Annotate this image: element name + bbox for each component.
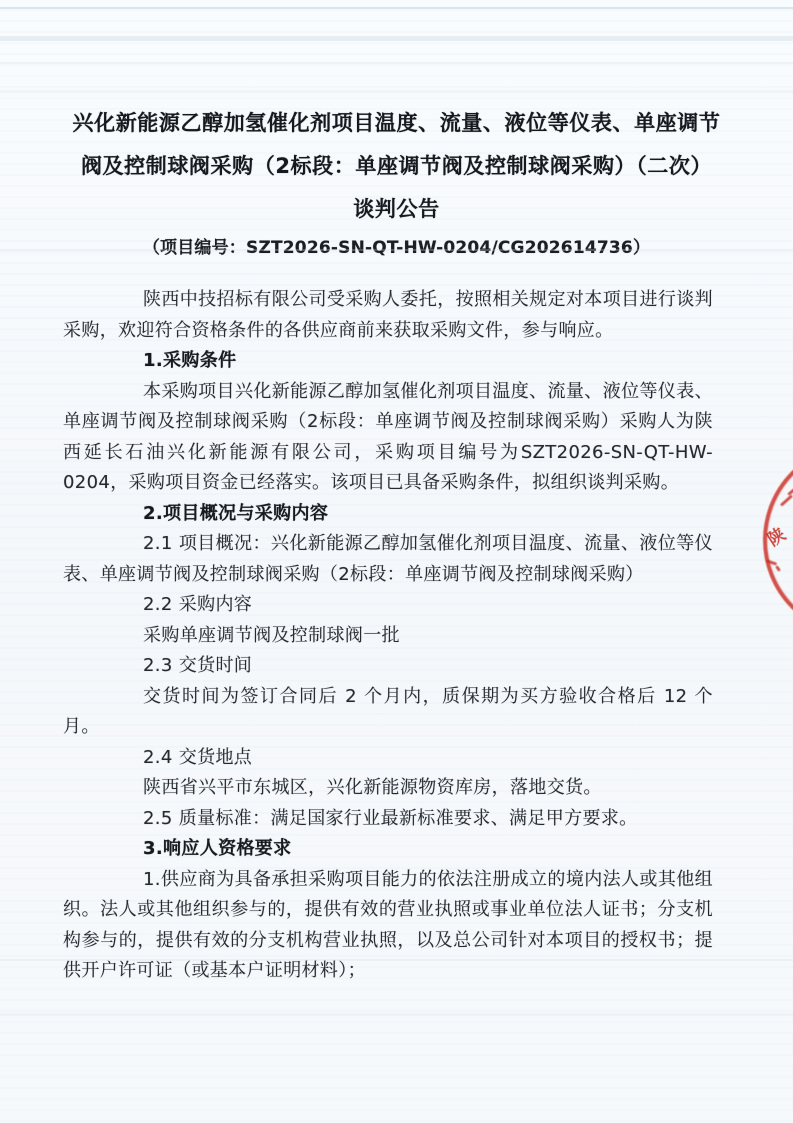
scan-streak [0,1013,793,1016]
section-heading: 3.响应人资格要求 [63,834,713,865]
seal-text-fragment [766,559,777,565]
paragraph: 2.2 采购内容 [63,590,713,621]
official-red-seal: 陕 [763,443,793,637]
paragraph: 2.3 交货时间 [63,651,713,682]
paragraph: 交货时间为签订合同后 2 个月内，质保期为买方验收合格后 12 个月。 [63,682,713,743]
title-line-2: 阀及控制球阀采购（2标段：单座调节阀及控制球阀采购）（二次） [0,145,793,188]
project-number: （项目编号：SZT2026-SN-QT-HW-0204/CG202614736） [0,231,793,261]
section-heading: 2.项目概况与采购内容 [63,499,713,530]
title-line-3: 谈判公告 [0,188,793,231]
paragraph: 陕西省兴平市东城区，兴化新能源物资库房，落地交货。 [63,773,713,804]
paragraph: 2.5 质量标准：满足国家行业最新标准要求、满足甲方要求。 [63,804,713,835]
paragraph: 陕西中技招标有限公司受采购人委托，按照相关规定对本项目进行谈判采购，欢迎符合资格… [63,285,713,346]
seal-character: 陕 [762,520,790,550]
seal-text-fragment [775,565,781,572]
paragraph: 本采购项目兴化新能源乙醇加氢催化剂项目温度、流量、液位等仪表、单座调节阀及控制球… [63,377,713,499]
paragraph: 1.供应商为具备承担采购项目能力的依法注册成立的境内法人或其他组织。法人或其他组… [63,865,713,987]
section-heading: 1.采购条件 [63,346,713,377]
seal-text-fragment [787,487,793,496]
seal-ring [763,443,793,637]
seal-text-fragment [780,494,793,506]
paragraph: 采购单座调节阀及控制球阀一批 [63,621,713,652]
document-page: 兴化新能源乙醇加氢催化剂项目温度、流量、液位等仪表、单座调节 阀及控制球阀采购（… [0,0,793,1123]
document-body: 陕西中技招标有限公司受采购人委托，按照相关规定对本项目进行谈判采购，欢迎符合资格… [63,285,713,987]
document-title: 兴化新能源乙醇加氢催化剂项目温度、流量、液位等仪表、单座调节 阀及控制球阀采购（… [0,0,793,231]
title-line-1: 兴化新能源乙醇加氢催化剂项目温度、流量、液位等仪表、单座调节 [0,102,793,145]
paragraph: 2.1 项目概况：兴化新能源乙醇加氢催化剂项目温度、流量、液位等仪表、单座调节阀… [63,529,713,590]
paragraph: 2.4 交货地点 [63,743,713,774]
